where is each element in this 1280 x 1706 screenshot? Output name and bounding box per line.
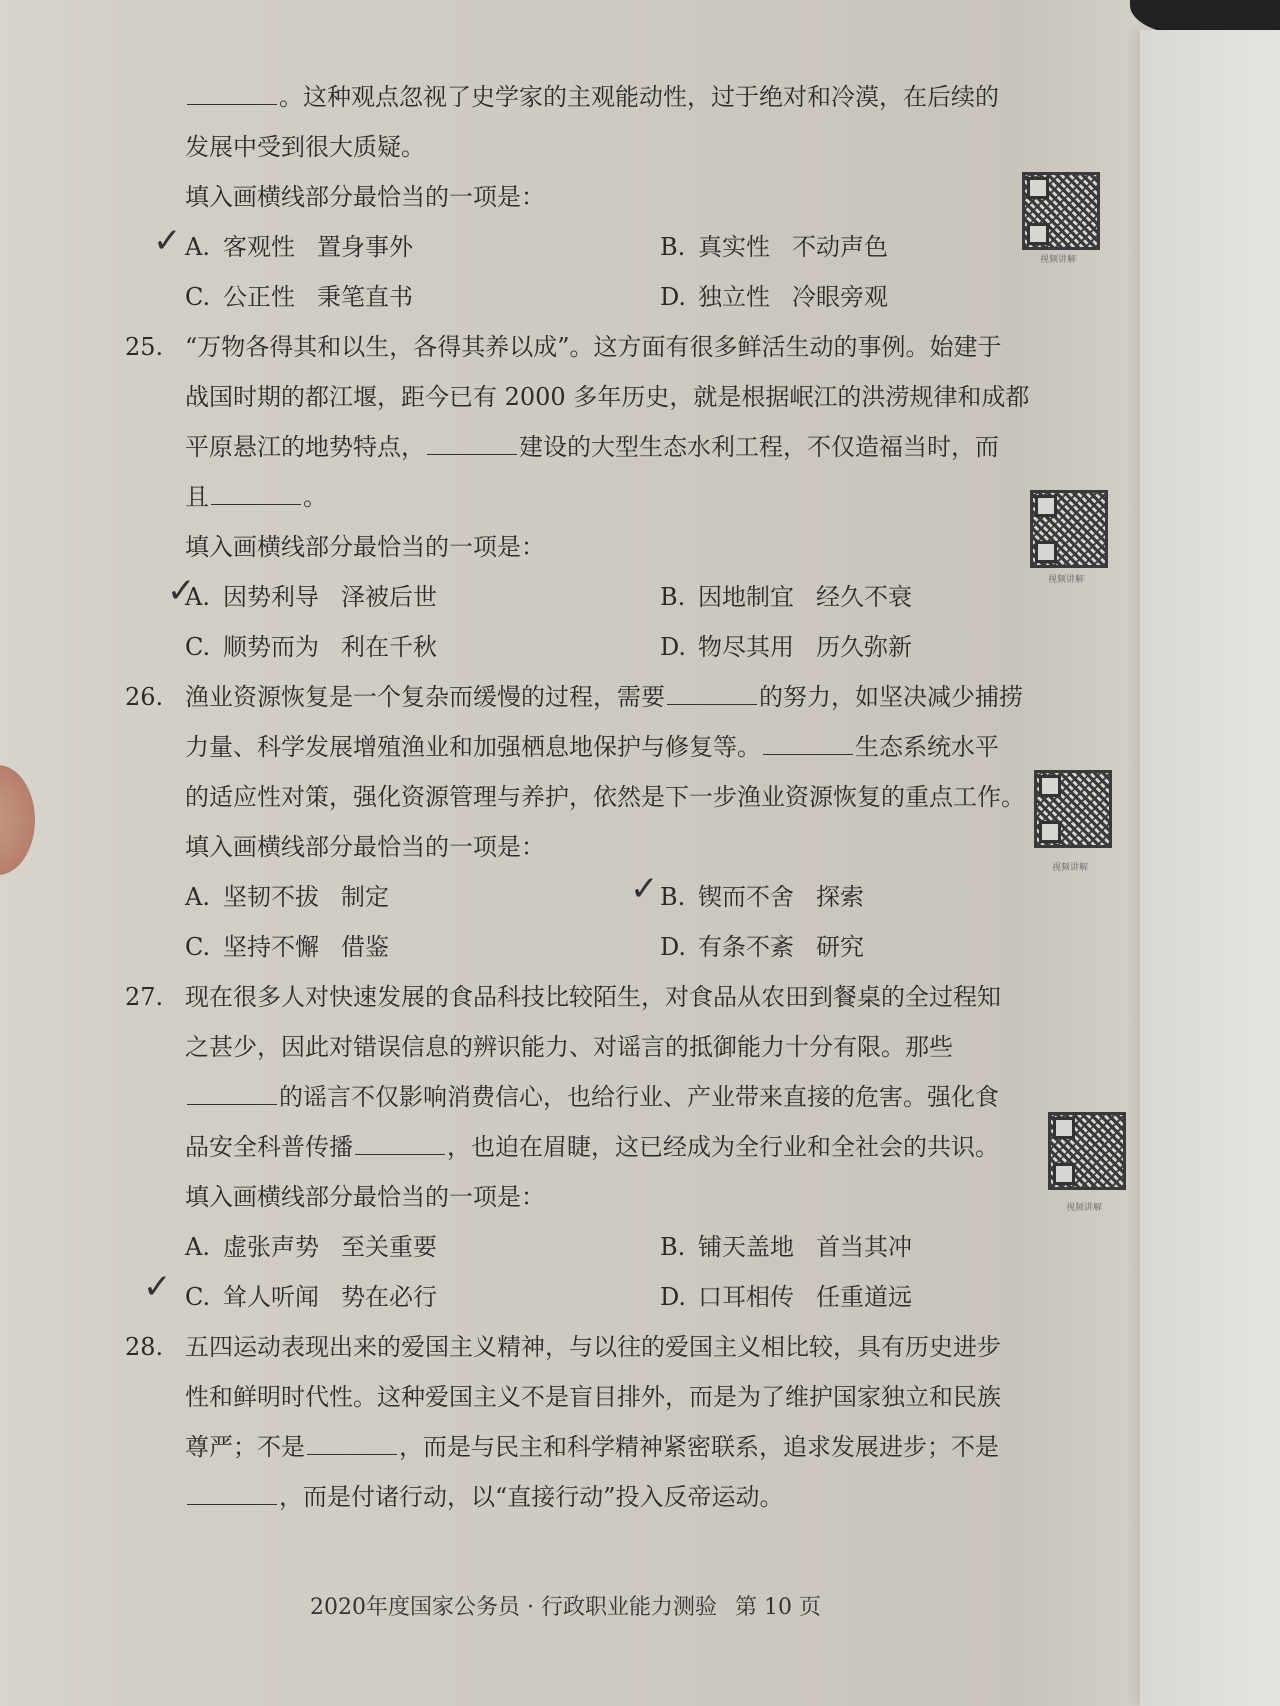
fill-blank — [667, 684, 757, 705]
option-b[interactable]: B.锲而不舍探索 — [660, 872, 864, 922]
option-b[interactable]: B.真实性不动声色 — [660, 222, 888, 272]
option-d[interactable]: D.有条不紊研究 — [660, 922, 864, 972]
option-c[interactable]: C.顺势而为利在千秋 — [185, 622, 437, 672]
option-c[interactable]: C.公正性秉笔直书 — [185, 272, 413, 322]
checkmark-icon: ✓ — [143, 1262, 172, 1312]
checkmark-icon: ✓ — [153, 216, 182, 266]
option-a[interactable]: A.虚张声势至关重要 — [185, 1222, 437, 1272]
question-text: 战国时期的都江堰，距今已有 2000 多年历史，就是根据岷江的洪涝规律和成都 — [185, 383, 1029, 411]
qr-code-icon[interactable] — [1022, 172, 1100, 250]
fill-blank — [355, 1134, 445, 1155]
question-27: 27.现在很多人对快速发展的食品科技比较陌生，对食品从农田到餐桌的全过程知 之甚… — [185, 972, 1105, 1322]
fill-blank — [187, 84, 277, 105]
question-28: 28.五四运动表现出来的爱国主义精神，与以往的爱国主义相比较，具有历史进步 性和… — [185, 1322, 1105, 1522]
question-24: 。这种观点忽视了史学家的主观能动性，过于绝对和冷漠，在后续的 发展中受到很大质疑… — [185, 72, 1105, 322]
qr-code-icon[interactable] — [1030, 490, 1108, 568]
option-d[interactable]: D.物尽其用历久弥新 — [660, 622, 912, 672]
question-text: ，也迫在眉睫，这已经成为全行业和全社会的共识。 — [447, 1133, 999, 1161]
question-26: 26.渔业资源恢复是一个复杂而缓慢的过程，需要的努力，如坚决减少捕捞 力量、科学… — [185, 672, 1105, 972]
exam-page-content: 。这种观点忽视了史学家的主观能动性，过于绝对和冷漠，在后续的 发展中受到很大质疑… — [185, 72, 1105, 1522]
question-text: 。 — [303, 483, 327, 511]
question-25: 25.“万物各得其和以生，各得其养以成”。这方面有很多鲜活生动的事例。始建于 战… — [185, 322, 1105, 672]
question-text: 生态系统水平 — [855, 733, 999, 761]
option-a[interactable]: A.坚韧不拔制定 — [185, 872, 389, 922]
question-number: 27. — [125, 972, 185, 1022]
option-b[interactable]: B.铺天盖地首当其冲 — [660, 1222, 912, 1272]
fill-blank — [211, 484, 301, 505]
question-text: 尊严；不是 — [185, 1433, 305, 1461]
fill-blank — [763, 734, 853, 755]
qr-label: 视频讲解 — [1030, 860, 1110, 873]
qr-label: 视频讲解 — [1044, 1200, 1124, 1213]
question-text: ，而是与民主和科学精神紧密联系，追求发展进步；不是 — [399, 1433, 999, 1461]
options-row: A.虚张声势至关重要 B.铺天盖地首当其冲 — [185, 1222, 1105, 1272]
question-text: 的努力，如坚决减少捕捞 — [759, 683, 1023, 711]
footer-title: 2020年度国家公务员 · 行政职业能力测验 — [310, 1595, 717, 1620]
question-text: 平原悬江的地势特点， — [185, 433, 425, 461]
question-text: “万物各得其和以生，各得其养以成”。这方面有很多鲜活生动的事例。始建于 — [185, 333, 1002, 361]
options-row: ✓ C.耸人听闻势在必行 D.口耳相传任重道远 — [185, 1272, 1105, 1322]
question-prompt: 填入画横线部分最恰当的一项是： — [185, 183, 545, 211]
question-text: 建设的大型生态水利工程，不仅造福当时，而 — [519, 433, 999, 461]
question-number: 28. — [125, 1322, 185, 1372]
question-prompt: 填入画横线部分最恰当的一项是： — [185, 833, 545, 861]
option-b[interactable]: B.因地制宜经久不衰 — [660, 572, 912, 622]
option-a[interactable]: A.因势利导泽被后世 — [185, 572, 437, 622]
question-number: 26. — [125, 672, 185, 722]
question-prompt: 填入画横线部分最恰当的一项是： — [185, 533, 545, 561]
option-d[interactable]: D.独立性冷眼旁观 — [660, 272, 888, 322]
checkmark-icon: ✓ — [630, 864, 659, 914]
question-text: 的谣言不仅影响消费信心，也给行业、产业带来直接的危害。强化食 — [279, 1083, 999, 1111]
question-text: 五四运动表现出来的爱国主义精神，与以往的爱国主义相比较，具有历史进步 — [185, 1333, 1001, 1361]
question-text: 性和鲜明时代性。这种爱国主义不是盲目排外，而是为了维护国家独立和民族 — [185, 1383, 1001, 1411]
question-text: 发展中受到很大质疑。 — [185, 133, 425, 161]
question-number: 25. — [125, 322, 185, 372]
qr-label: 视频讲解 — [1018, 252, 1098, 265]
question-text: 且 — [185, 483, 209, 511]
question-text: 力量、科学发展增殖渔业和加强栖息地保护与修复等。 — [185, 733, 761, 761]
question-text: 的适应性对策，强化资源管理与养护，依然是下一步渔业资源恢复的重点工作。 — [185, 783, 1025, 811]
question-text: 渔业资源恢复是一个复杂而缓慢的过程，需要 — [185, 683, 665, 711]
adjacent-page-edge — [1140, 30, 1280, 1706]
thumb-on-page — [0, 765, 35, 875]
qr-code-icon[interactable] — [1048, 1112, 1126, 1190]
qr-code-icon[interactable] — [1034, 770, 1112, 848]
options-row: ✓ A.因势利导泽被后世 B.因地制宜经久不衰 — [185, 572, 1105, 622]
options-row: C.公正性秉笔直书 D.独立性冷眼旁观 — [185, 272, 1105, 322]
question-text: 之甚少，因此对错误信息的辨识能力、对谣言的抵御能力十分有限。那些 — [185, 1033, 953, 1061]
qr-label: 视频讲解 — [1026, 572, 1106, 585]
options-row: ✓ A.客观性置身事外 B.真实性不动声色 — [185, 222, 1105, 272]
question-text: 品安全科普传播 — [185, 1133, 353, 1161]
question-text: 。这种观点忽视了史学家的主观能动性，过于绝对和冷漠，在后续的 — [279, 83, 999, 111]
question-prompt: 填入画横线部分最恰当的一项是： — [185, 1183, 545, 1211]
fill-blank — [307, 1434, 397, 1455]
fill-blank — [187, 1484, 277, 1505]
options-row: C.顺势而为利在千秋 D.物尽其用历久弥新 — [185, 622, 1105, 672]
question-text: ，而是付诸行动，以“直接行动”投入反帝运动。 — [279, 1483, 784, 1511]
option-c[interactable]: C.坚持不懈借鉴 — [185, 922, 389, 972]
option-a[interactable]: A.客观性置身事外 — [185, 222, 413, 272]
question-text: 现在很多人对快速发展的食品科技比较陌生，对食品从农田到餐桌的全过程知 — [185, 983, 1001, 1011]
fill-blank — [427, 434, 517, 455]
options-row: C.坚持不懈借鉴 D.有条不紊研究 — [185, 922, 1105, 972]
options-row: ✓ A.坚韧不拔制定 B.锲而不舍探索 — [185, 872, 1105, 922]
option-d[interactable]: D.口耳相传任重道远 — [660, 1272, 912, 1322]
fill-blank — [187, 1084, 277, 1105]
page-footer: 2020年度国家公务员 · 行政职业能力测验第 10 页 — [310, 1590, 821, 1621]
option-c[interactable]: C.耸人听闻势在必行 — [185, 1272, 437, 1322]
page-number: 第 10 页 — [735, 1595, 821, 1620]
